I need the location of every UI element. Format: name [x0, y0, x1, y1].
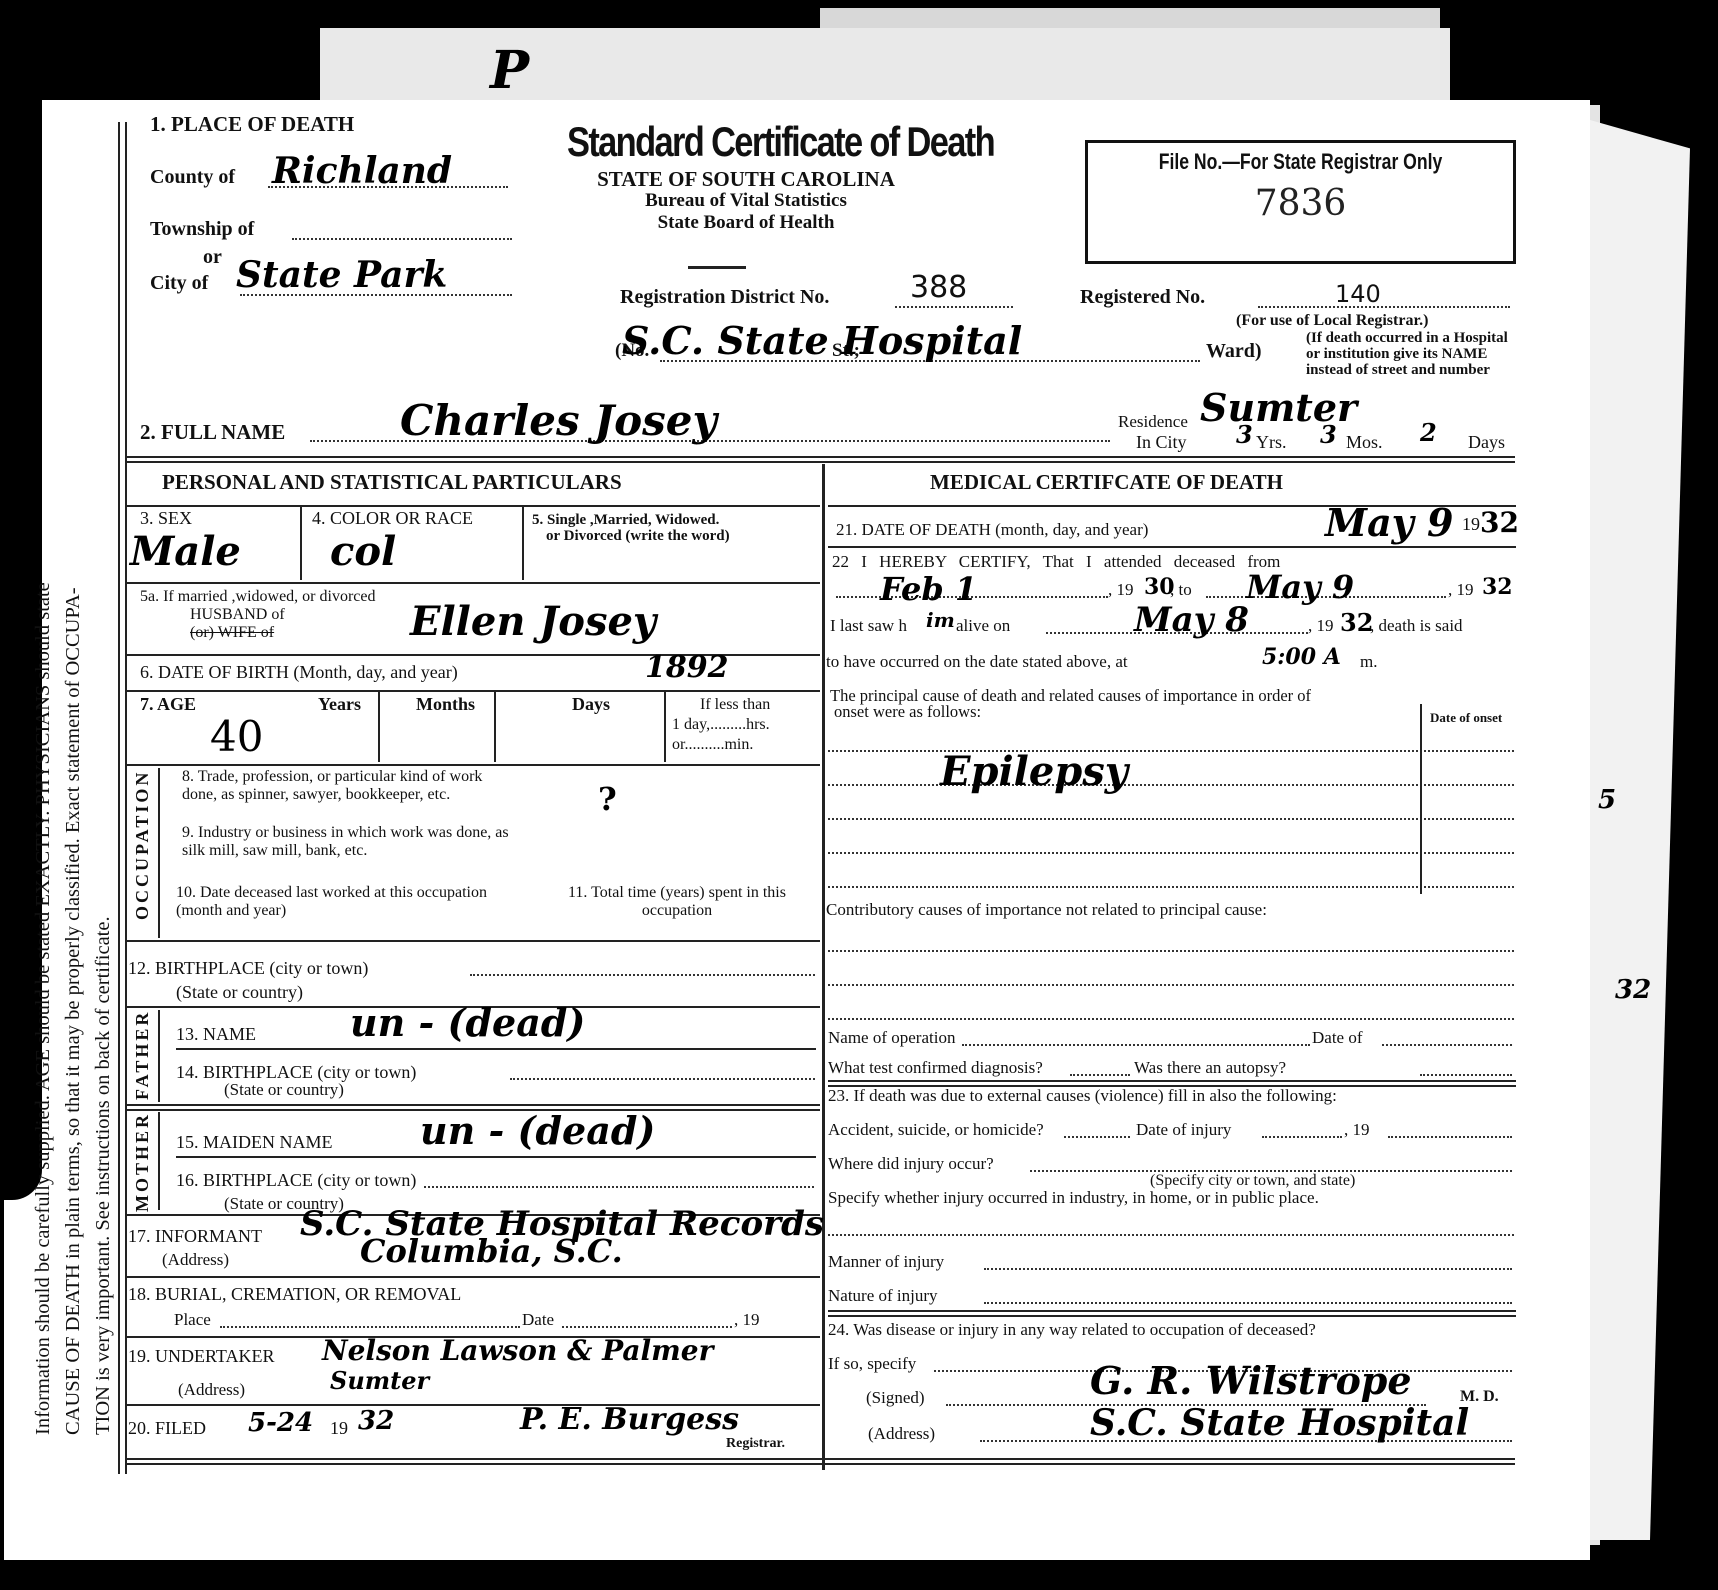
reg-district-label: Registration District No.: [620, 286, 829, 309]
file-number-label: File No.—For State Registrar Only: [1131, 149, 1471, 175]
filed-value[interactable]: 5-24: [248, 1408, 313, 1438]
total-time-label: 11. Total time (years) spent in this occ…: [552, 884, 802, 920]
to-year-value[interactable]: 32: [1482, 574, 1513, 600]
file-number-box: File No.—For State Registrar Only 7836: [1085, 140, 1516, 264]
lastsaw-label: I last saw h: [830, 616, 907, 636]
informant-label: 17. INFORMANT: [128, 1226, 262, 1247]
from-year-label: , 19: [1108, 580, 1134, 600]
section-rule: [125, 456, 1515, 463]
test-line[interactable]: [1070, 1074, 1130, 1076]
where-label: Where did injury occur?: [828, 1154, 994, 1174]
or-label: or: [203, 246, 222, 269]
cell-divider: [664, 692, 666, 762]
dod-label: 21. DATE OF DEATH (month, day, and year): [836, 520, 1148, 540]
burial-date-label: Date: [522, 1310, 554, 1330]
industry-label: 9. Industry or business in which work wa…: [182, 824, 512, 860]
bottom-rule: [125, 1458, 1515, 1465]
onset-line[interactable]: [1424, 818, 1514, 820]
address-label: (Address): [868, 1424, 935, 1444]
full-name-value[interactable]: Charles Josey: [400, 396, 717, 445]
hospital-note: (If death occurred in a Hospital or inst…: [1306, 330, 1512, 378]
row-rule: [125, 1276, 820, 1278]
local-registrar-note: (For use of Local Registrar.): [1236, 312, 1428, 330]
sex-value[interactable]: Male: [130, 528, 241, 575]
city-value[interactable]: State Park: [236, 254, 447, 296]
father-name-value[interactable]: un - (dead): [350, 1000, 585, 1045]
row-rule: [828, 546, 1516, 548]
mother-name-label: 15. MAIDEN NAME: [176, 1132, 333, 1153]
occurred-label: to have occurred on the date stated abov…: [826, 652, 1128, 672]
in-city-days[interactable]: 2: [1420, 418, 1437, 447]
age-months-label: Months: [416, 694, 475, 715]
days-label: Days: [1468, 432, 1505, 453]
marital-label-2: or Divorced (write the word): [546, 528, 730, 545]
burial-year-label: , 19: [734, 1310, 760, 1330]
registrar-label: Registrar.: [726, 1436, 785, 1452]
reg-district-value[interactable]: 388: [910, 270, 967, 305]
specify-label: Specify whether injury occurred in indus…: [828, 1188, 1319, 1208]
birthplace-sub: (State or country): [176, 982, 303, 1003]
reg-district-line: [895, 306, 1013, 308]
onset-column-label: Date of onset: [1430, 710, 1502, 726]
father-birthplace-line[interactable]: [510, 1078, 815, 1080]
informant-address-label: (Address): [162, 1250, 229, 1270]
side-instructions: Information should be carefully supplied…: [28, 115, 123, 1435]
row-rule: [125, 940, 820, 942]
father-birthplace-sub: (State or country): [224, 1080, 344, 1100]
race-label: 4. COLOR OR RACE: [312, 508, 473, 529]
mos-label: Mos.: [1346, 432, 1383, 453]
certify-label: 22 I HEREBY CERTIFY, That I attended dec…: [832, 552, 1280, 572]
cell-divider: [158, 768, 160, 938]
cell-divider: [300, 506, 302, 580]
injury-date-label: Date of injury: [1136, 1120, 1231, 1140]
lastsaw-value[interactable]: May 8: [1134, 600, 1249, 640]
nature-line[interactable]: [984, 1302, 1512, 1304]
autopsy-line[interactable]: [1420, 1074, 1512, 1076]
mother-birthplace-line[interactable]: [424, 1186, 814, 1188]
corner-mark: P: [490, 40, 529, 101]
spouse-label-2: HUSBAND of: [190, 606, 285, 624]
occurred-suffix: m.: [1360, 652, 1377, 672]
operation-date-label: Date of: [1312, 1028, 1363, 1048]
cause-line[interactable]: [828, 818, 1418, 820]
in-city-label: In City: [1136, 432, 1187, 453]
specify-line[interactable]: [828, 1234, 1514, 1236]
birthplace-line[interactable]: [470, 974, 815, 976]
lessthan-min: or..........min.: [672, 736, 753, 754]
operation-date-line[interactable]: [1382, 1044, 1512, 1046]
age-label: 7. AGE: [140, 694, 196, 715]
contributory-line[interactable]: [828, 984, 1514, 986]
ifso-label: If so, specify: [828, 1354, 916, 1374]
onset-line[interactable]: [1424, 750, 1514, 752]
to-year-label: , 19: [1448, 580, 1474, 600]
occ-related-label: 24. Was disease or injury in any way rel…: [828, 1320, 1316, 1340]
physician-address-value[interactable]: S.C. State Hospital: [1090, 1402, 1469, 1444]
cell-divider: [378, 692, 380, 762]
ward-label: Ward): [1206, 340, 1262, 363]
filed-year-value[interactable]: 32: [358, 1406, 394, 1436]
row-rule: [125, 764, 820, 766]
township-line[interactable]: [292, 238, 512, 240]
cell-divider: [158, 1112, 160, 1210]
burial-place-label: Place: [174, 1310, 211, 1330]
nature-label: Nature of injury: [828, 1286, 938, 1306]
onset-line[interactable]: [1424, 852, 1514, 854]
lessthan-hrs: 1 day,.........hrs.: [672, 716, 770, 734]
left-border: [118, 122, 127, 1474]
lastsaw-year-label: , 19: [1308, 616, 1334, 636]
street-value[interactable]: S.C. State Hospital: [622, 318, 1022, 363]
undertaker-value[interactable]: Nelson Lawson & Palmer: [322, 1334, 713, 1367]
cause-line[interactable]: [828, 886, 1418, 888]
dob-label: 6. DATE OF BIRTH (Month, day, and year): [140, 662, 458, 683]
right-edge-mark: 5: [1598, 785, 1616, 815]
to-label: , to: [1170, 580, 1192, 600]
personal-heading: PERSONAL AND STATISTICAL PARTICULARS: [162, 470, 622, 495]
cell-divider: [494, 692, 496, 762]
injury-year-label: , 19: [1344, 1120, 1370, 1140]
father-name-label: 13. NAME: [176, 1024, 256, 1045]
yrs-label: Yrs.: [1256, 432, 1287, 453]
state-name: STATE OF SOUTH CAROLINA: [560, 167, 932, 192]
file-number-value: 7836: [1088, 183, 1513, 224]
background-sheet: [1590, 120, 1690, 1540]
lastsaw-year-value[interactable]: 32: [1340, 608, 1373, 637]
age-days-label: Days: [572, 694, 610, 715]
onset-line[interactable]: [1424, 784, 1514, 786]
dod-value[interactable]: May 9: [1325, 500, 1453, 545]
contributory-line[interactable]: [828, 1018, 1514, 1020]
external-label: 23. If death was due to external causes …: [828, 1086, 1337, 1106]
spouse-label-3: (or) WIFE of: [190, 624, 274, 642]
registered-no-label: Registered No.: [1080, 286, 1205, 309]
burial-date-line[interactable]: [562, 1326, 732, 1328]
father-side-label: FATHER: [132, 1010, 153, 1100]
onset-line[interactable]: [1424, 886, 1514, 888]
accident-label: Accident, suicide, or homicide?: [828, 1120, 1044, 1140]
accident-line[interactable]: [1064, 1136, 1130, 1138]
manner-label: Manner of injury: [828, 1252, 944, 1272]
onset-column-divider: [1420, 704, 1422, 894]
mother-side-label: MOTHER: [132, 1112, 153, 1212]
city-label: City of: [150, 272, 208, 295]
burial-label: 18. BURIAL, CREMATION, OR REMOVAL: [128, 1284, 461, 1305]
lastsaw-suffix: , death is said: [1370, 616, 1463, 636]
medical-heading: MEDICAL CERTIFCATE OF DEATH: [930, 470, 1283, 495]
bureau-name: Bureau of Vital Statistics: [560, 190, 932, 212]
age-value[interactable]: 40: [210, 712, 263, 761]
dod-year-value[interactable]: 32: [1480, 506, 1519, 539]
row-rule: [125, 690, 820, 692]
mother-birthplace-label: 16. BIRTHPLACE (city or town): [176, 1170, 416, 1191]
cause-value[interactable]: Epilepsy: [940, 748, 1128, 795]
filed-label: 20. FILED: [128, 1418, 206, 1439]
in-city-months[interactable]: 3: [1320, 420, 1337, 449]
dob-value[interactable]: 1892: [645, 650, 729, 685]
trade-value[interactable]: ?: [598, 780, 617, 818]
age-years-label: Years: [318, 694, 361, 715]
autopsy-label: Was there an autopsy?: [1134, 1058, 1286, 1078]
residence-label: Residence: [1118, 412, 1188, 432]
occurred-value[interactable]: 5:00 A: [1262, 644, 1341, 670]
manner-line[interactable]: [984, 1268, 1512, 1270]
spouse-value[interactable]: Ellen Josey: [410, 598, 656, 645]
burial-place-line[interactable]: [220, 1326, 520, 1328]
from-value[interactable]: Feb 1: [880, 570, 977, 608]
row-rule: [176, 1156, 816, 1158]
undertaker-address-value[interactable]: Sumter: [330, 1366, 429, 1395]
dod-year-prefix: 19: [1462, 514, 1480, 535]
registered-no-value[interactable]: 140: [1335, 280, 1381, 308]
full-name-label: 2. FULL NAME: [140, 420, 285, 445]
lastsaw-label-2: alive on: [956, 616, 1010, 636]
signed-label: (Signed): [866, 1388, 925, 1408]
county-value[interactable]: Richland: [272, 150, 452, 192]
occupation-side-label: OCCUPATION: [132, 770, 153, 920]
contributory-line[interactable]: [828, 950, 1514, 952]
injury-date-line[interactable]: [1262, 1136, 1342, 1138]
last-worked-label: 10. Date deceased last worked at this oc…: [176, 884, 506, 920]
title-rule: [688, 266, 746, 269]
sex-label: 3. SEX: [140, 508, 192, 529]
row-rule: [176, 1048, 816, 1050]
to-value[interactable]: May 9: [1246, 568, 1354, 606]
physician-signature[interactable]: G. R. Wilstrope: [1090, 1358, 1412, 1403]
lessthan-label: If less than: [700, 696, 770, 714]
board-name: State Board of Health: [560, 212, 932, 234]
county-label: County of: [150, 166, 235, 189]
certificate-title: Standard Certificate of Death: [567, 118, 994, 166]
registrar-signature: P. E. Burgess: [520, 1402, 739, 1437]
race-value[interactable]: col: [330, 528, 396, 575]
in-city-years[interactable]: 3: [1236, 420, 1253, 449]
cause-label-2: onset were as follows:: [834, 702, 981, 722]
filed-year-label: 19: [330, 1418, 348, 1439]
right-edge-mark: 32: [1615, 975, 1651, 1005]
cell-divider: [522, 506, 524, 580]
mother-name-value[interactable]: un - (dead): [420, 1108, 655, 1153]
row-rule: [125, 582, 820, 584]
contributory-label: Contributory causes of importance not re…: [826, 900, 1267, 920]
undertaker-address-label: (Address): [178, 1380, 245, 1400]
test-label: What test confirmed diagnosis?: [828, 1058, 1043, 1078]
undertaker-label: 19. UNDERTAKER: [128, 1346, 274, 1367]
place-of-death-heading: 1. PLACE OF DEATH: [150, 112, 354, 137]
lastsaw-pronoun[interactable]: im: [926, 608, 955, 632]
row-rule: [828, 1310, 1516, 1317]
registered-no-line: [1258, 306, 1510, 308]
marital-label: 5. Single ,Married, Widowed.: [532, 512, 719, 529]
injury-year-line[interactable]: [1388, 1136, 1512, 1138]
operation-label: Name of operation: [828, 1028, 955, 1048]
cause-line[interactable]: [828, 852, 1418, 854]
informant-address-value[interactable]: Columbia, S.C.: [360, 1232, 623, 1270]
row-rule: [125, 505, 820, 507]
cell-divider: [158, 1010, 160, 1102]
birthplace-label: 12. BIRTHPLACE (city or town): [128, 958, 368, 979]
spouse-label: 5a. If married ,widowed, or divorced: [140, 588, 375, 606]
township-label: Township of: [150, 218, 254, 241]
operation-line[interactable]: [962, 1044, 1310, 1046]
trade-label: 8. Trade, profession, or particular kind…: [182, 768, 512, 804]
column-divider: [822, 464, 825, 1470]
